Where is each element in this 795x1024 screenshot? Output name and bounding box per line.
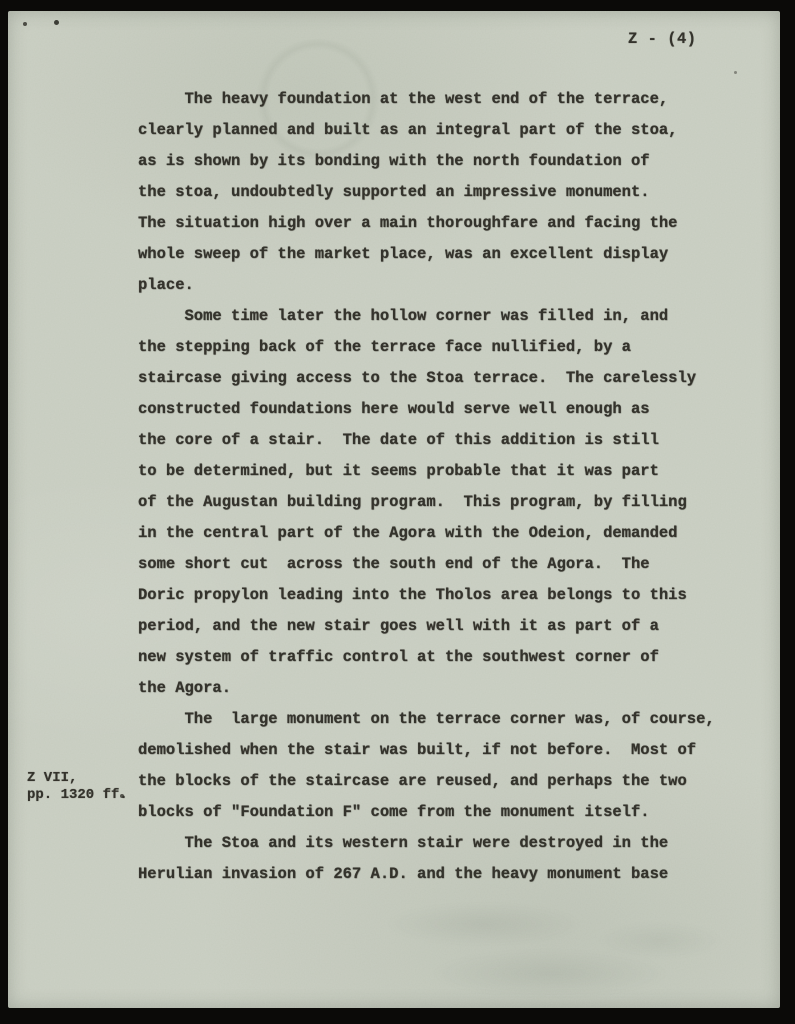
page-number: Z - (4) bbox=[628, 28, 697, 50]
typed-line: The Stoa and its western stair were dest… bbox=[138, 828, 738, 859]
typed-line: the Agora. bbox=[138, 673, 738, 704]
typed-line: clearly planned and built as an integral… bbox=[138, 115, 738, 146]
typed-line: period, and the new stair goes well with… bbox=[138, 611, 738, 642]
typed-line: the stepping back of the terrace face nu… bbox=[138, 332, 738, 363]
margin-note: Z VII, pp. 1320 ff. bbox=[27, 770, 128, 803]
ink-speck bbox=[734, 71, 737, 74]
typed-line: some short cut across the south end of t… bbox=[138, 549, 738, 580]
typed-line: in the central part of the Agora with th… bbox=[138, 518, 738, 549]
margin-note-line: pp. 1320 ff. bbox=[27, 787, 128, 804]
typed-line: Herulian invasion of 267 A.D. and the he… bbox=[138, 859, 738, 890]
typed-line: constructed foundations here would serve… bbox=[138, 394, 738, 425]
typed-line: to be determined, but it seems probable … bbox=[138, 456, 738, 487]
typed-line: the stoa, undoubtedly supported an impre… bbox=[138, 177, 738, 208]
typed-line: the blocks of the staircase are reused, … bbox=[138, 766, 738, 797]
ink-speck bbox=[54, 20, 59, 25]
typed-line: of the Augustan building program. This p… bbox=[138, 487, 738, 518]
typed-line: Some time later the hollow corner was fi… bbox=[138, 301, 738, 332]
typed-line: whole sweep of the market place, was an … bbox=[138, 239, 738, 270]
typed-text-body: The heavy foundation at the west end of … bbox=[138, 84, 738, 890]
typed-line: staircase giving access to the Stoa terr… bbox=[138, 363, 738, 394]
typed-line: the core of a stair. The date of this ad… bbox=[138, 425, 738, 456]
typed-line: place. bbox=[138, 270, 738, 301]
typed-line: The large monument on the terrace corner… bbox=[138, 704, 738, 735]
typed-line: blocks of "Foundation F" come from the m… bbox=[138, 797, 738, 828]
typed-line: The situation high over a main thoroughf… bbox=[138, 208, 738, 239]
typed-line: as is shown by its bonding with the nort… bbox=[138, 146, 738, 177]
margin-note-line: Z VII, bbox=[27, 770, 128, 787]
typed-line: new system of traffic control at the sou… bbox=[138, 642, 738, 673]
typed-line: demolished when the stair was built, if … bbox=[138, 735, 738, 766]
ink-showthrough bbox=[308, 891, 748, 1001]
typed-line: Doric propylon leading into the Tholos a… bbox=[138, 580, 738, 611]
document-page: Z - (4) Z VII, pp. 1320 ff. The heavy fo… bbox=[8, 11, 780, 1008]
ink-speck bbox=[23, 22, 27, 26]
typed-line: The heavy foundation at the west end of … bbox=[138, 84, 738, 115]
